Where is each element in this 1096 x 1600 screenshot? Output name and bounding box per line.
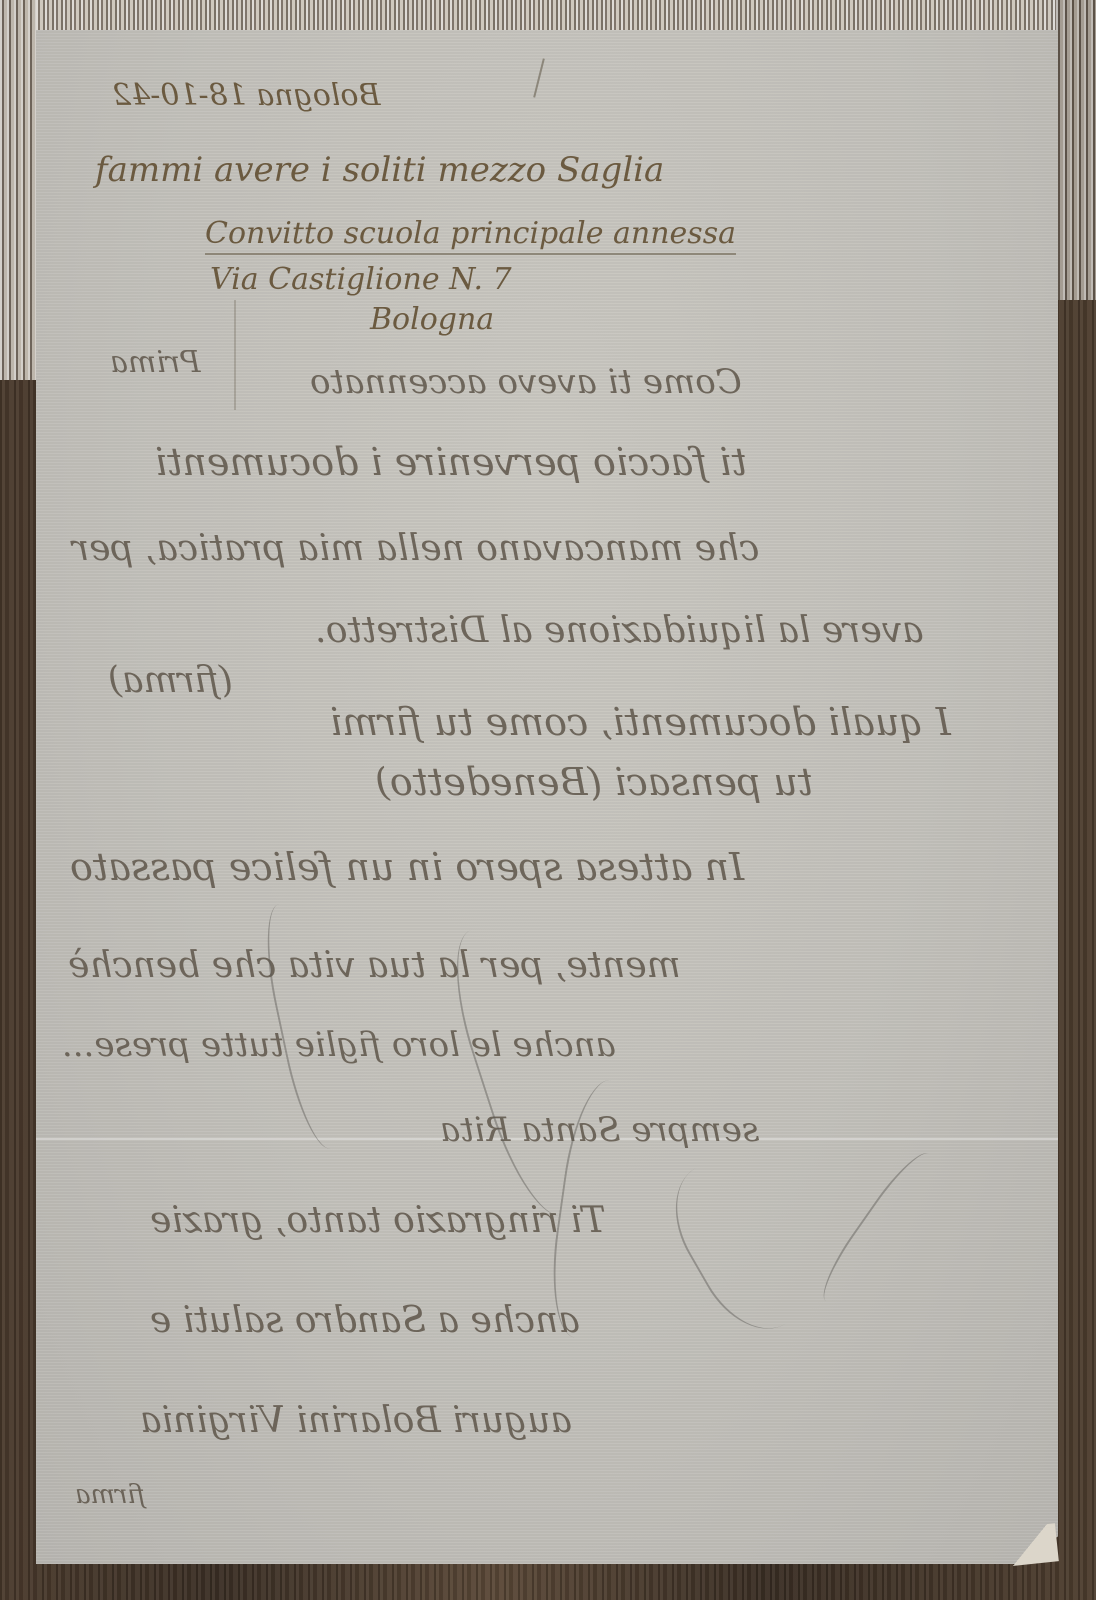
bleedthrough-line-12: Ti ringrazio tanto, grazie: [150, 1200, 606, 1241]
address-line-2: Via Castiglione N. 7: [210, 262, 512, 297]
bleedthrough-line-9: mente, per la tua vita che benchè: [68, 945, 681, 986]
bleedthrough-line-14: auguri Bolarini Virginia: [140, 1400, 572, 1441]
bleedthrough-line-15: firma: [75, 1480, 145, 1510]
bleedthrough-line-6: I quali documenti, come tu firmi: [330, 700, 951, 744]
bleedthrough-line-5: avere la liquidazione al Distretto.: [315, 610, 924, 651]
bleedthrough-line-13: anche a Sandro saluti e: [150, 1300, 580, 1341]
bleedthrough-line-8: In attesa spero in un felice passato: [70, 845, 744, 889]
wood-background-top: [0, 0, 1096, 32]
bleedthrough-line-3: ti faccio pervenire i documenti: [155, 440, 747, 484]
ink-stroke: [234, 300, 236, 410]
bleedthrough-margin-left-2: (firma): [108, 660, 233, 701]
address-line-3: Bologna: [370, 302, 494, 337]
bleedthrough-line-7: tu pensaci (Benedetto): [375, 760, 813, 804]
bleedthrough-line-salutation: Come ti avevo accennato: [310, 362, 742, 402]
bleedthrough-line-4: che mancavano nella mia pratica, per: [72, 528, 759, 569]
date-line: Bologna 18-10-42: [112, 78, 381, 113]
bleedthrough-margin-left-1: Prima: [110, 345, 200, 380]
folded-corner: [1001, 1523, 1059, 1566]
request-line: fammi avere i soliti mezzo Saglia: [95, 150, 664, 190]
address-line-1: Convitto scuola principale annessa: [205, 216, 736, 255]
wood-background-left: [0, 0, 36, 380]
wood-background-right: [1056, 0, 1096, 300]
